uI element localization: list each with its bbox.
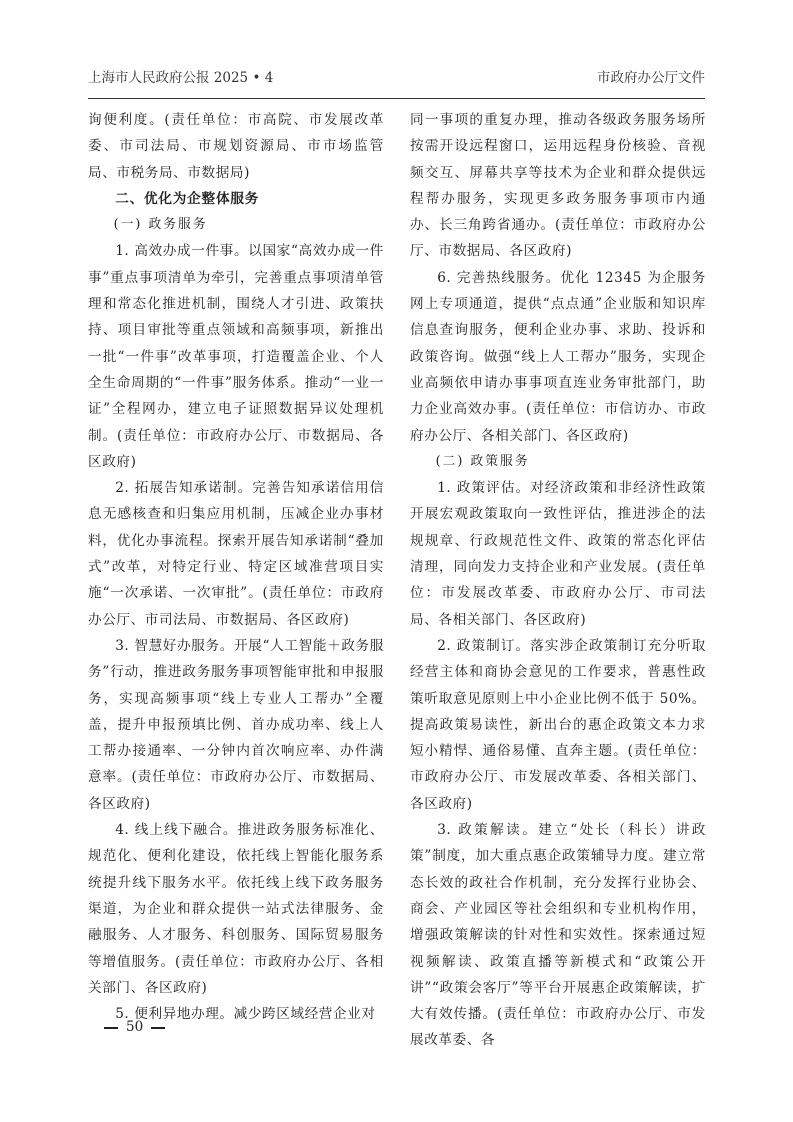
subsection-heading: (一) 政务服务 [88, 212, 384, 238]
list-item-paragraph: 1. 政策评估。对经济政策和非经济性政策开展宏观政策取向一致性评估，推进涉企的法… [410, 475, 706, 633]
section-heading: 二、优化为企整体服务 [88, 186, 384, 212]
list-item-paragraph: 6. 完善热线服务。优化 12345 为企服务网上专项通道，提供“点点通”企业版… [410, 265, 706, 449]
dash-left [104, 1027, 118, 1029]
header-rule [88, 98, 705, 99]
page-number: 50 [96, 1019, 173, 1035]
right-column: 同一事项的重复办理，推动各级政务服务场所按需开设远程窗口，运用远程身份核验、音视… [410, 107, 706, 1054]
list-item-paragraph: 1. 高效办成一件事。以国家“高效办成一件事”重点事项清单为牵引，完善重点事项清… [88, 238, 384, 475]
subsection-heading: (二) 政策服务 [410, 449, 706, 475]
list-item-paragraph: 2. 政策制订。落实涉企政策制订充分听取经营主体和商协会意见的工作要求，普惠性政… [410, 633, 706, 817]
section-title: 市政府办公厅文件 [597, 66, 705, 86]
dash-right [151, 1027, 165, 1029]
list-item-paragraph: 2. 拓展告知承诺制。完善告知承诺信用信息无感核查和归集应用机制，压减企业办事材… [88, 475, 384, 633]
left-column: 询便利度。(责任单位：市高院、市发展改革委、市司法局、市规划资源局、市市场监管局… [88, 107, 384, 1027]
list-item-paragraph: 3. 智慧好办服务。开展“人工智能＋政务服务”行动，推进政务服务事项智能审批和申… [88, 633, 384, 817]
list-item-paragraph: 4. 线上线下融合。推进政务服务标准化、规范化、便利化建设，依托线上智能化服务系… [88, 817, 384, 1001]
running-header: 上海市人民政府公报 2025 • 4 市政府办公厅文件 [88, 64, 705, 88]
continuation-paragraph: 询便利度。(责任单位：市高院、市发展改革委、市司法局、市规划资源局、市市场监管局… [88, 107, 384, 186]
page-number-value: 50 [126, 1019, 143, 1035]
continuation-paragraph: 同一事项的重复办理，推动各级政务服务场所按需开设远程窗口，运用远程身份核验、音视… [410, 107, 706, 265]
publication-title: 上海市人民政府公报 2025 • 4 [88, 66, 273, 86]
list-item-paragraph: 3. 政策解读。建立“处长（科长）讲政策”制度，加大重点惠企政策辅导力度。建立常… [410, 817, 706, 1054]
